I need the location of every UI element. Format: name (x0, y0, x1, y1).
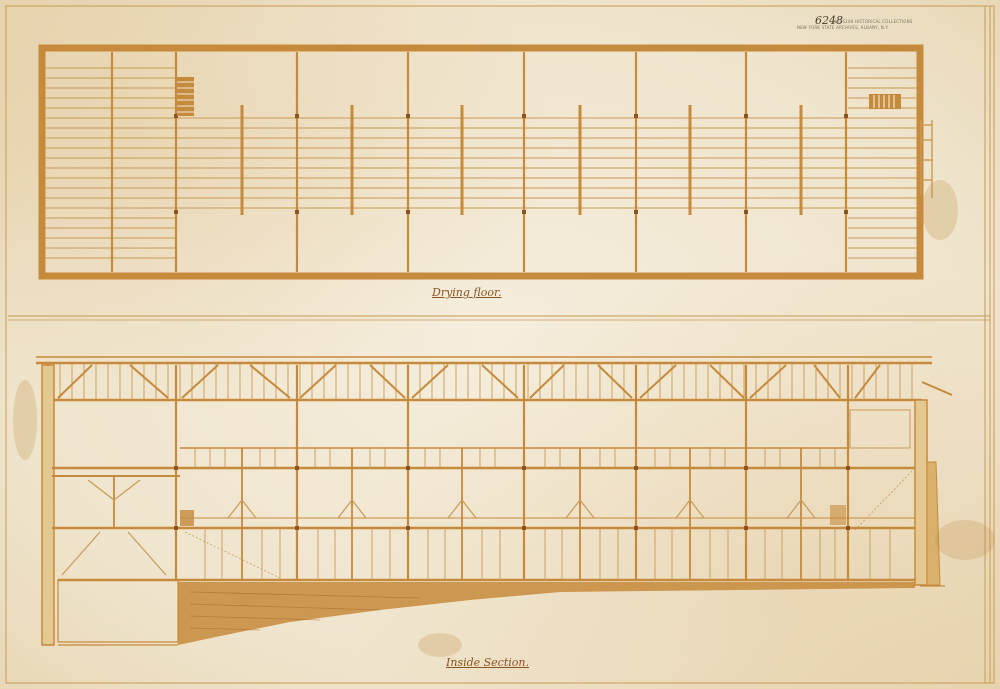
section-view (36, 357, 952, 645)
earth-fill (178, 582, 915, 645)
plan-view (42, 48, 932, 276)
archive-stamp-line-1: NO. 6248 HISTORICAL COLLECTIONS (833, 19, 913, 24)
drawing-sheet: 6248 NO. 6248 HISTORICAL COLLECTIONS NEW… (0, 0, 1000, 689)
stair-right-icon (869, 94, 901, 109)
plan-caption: Drying floor. (432, 286, 502, 299)
section-caption: Inside Section. (446, 656, 529, 669)
stair-left-icon (177, 77, 194, 116)
drawing-canvas (0, 0, 1000, 689)
archive-stamp-line-2: NEW YORK STATE ARCHIVES, ALBANY, N.Y. (797, 25, 889, 30)
